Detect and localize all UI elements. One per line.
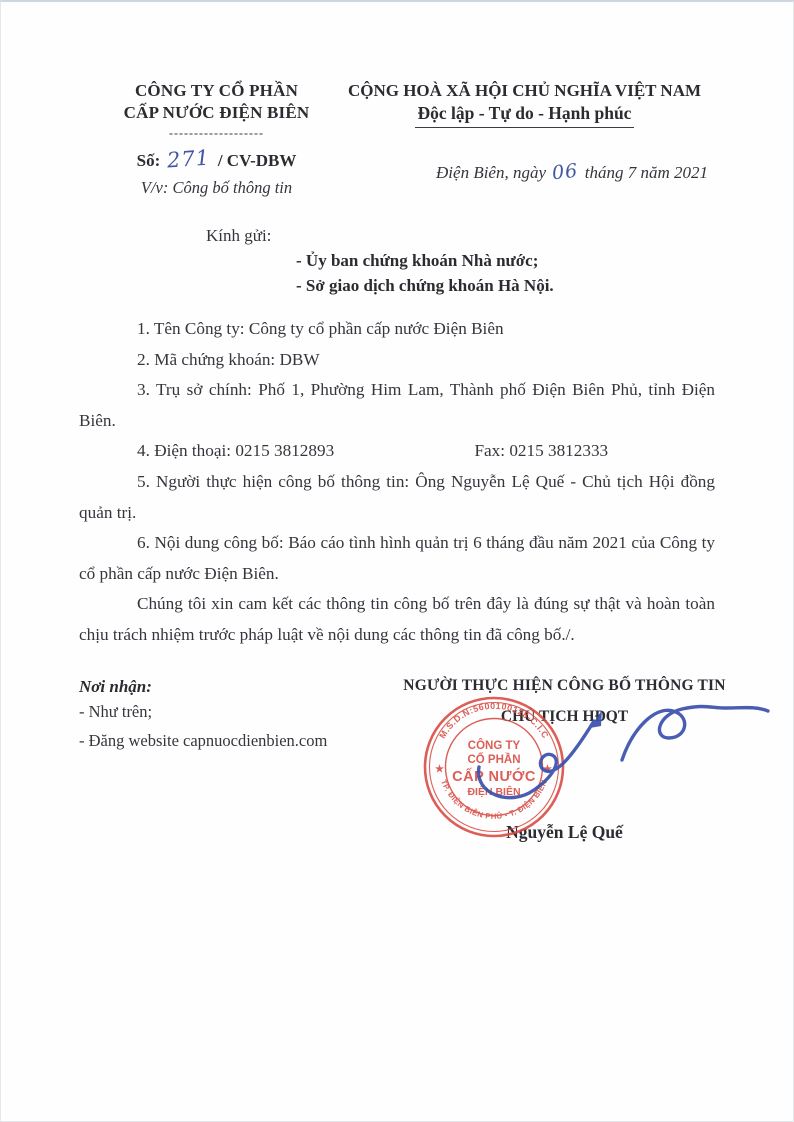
issuer-name-line1: CÔNG TY CỔ PHẦN bbox=[99, 80, 334, 102]
issuer-block: CÔNG TY CỔ PHẦN CẤP NƯỚC ĐIỆN BIÊN -----… bbox=[99, 80, 334, 198]
date-suffix: tháng 7 năm 2021 bbox=[585, 163, 708, 182]
body-item-phone-fax: 4. Điện thoại: 0215 3812893 Fax: 0215 38… bbox=[79, 436, 715, 467]
national-motto-line2: Độc lập - Tự do - Hạnh phúc bbox=[334, 103, 715, 128]
commitment-paragraph: Chúng tôi xin cam kết các thông tin công… bbox=[79, 589, 715, 650]
document-number-suffix: / CV-DBW bbox=[218, 151, 297, 170]
issuer-divider: ------------------- bbox=[99, 128, 334, 138]
salutation-block: Kính gửi: - Ủy ban chứng khoán Nhà nước;… bbox=[79, 226, 715, 298]
scanned-letter-page: CÔNG TY CỔ PHẦN CẤP NƯỚC ĐIỆN BIÊN -----… bbox=[0, 0, 794, 1122]
letter-header: CÔNG TY CỔ PHẦN CẤP NƯỚC ĐIỆN BIÊN -----… bbox=[79, 80, 715, 198]
signature-flourish-stroke bbox=[622, 706, 768, 760]
phone-value: 4. Điện thoại: 0215 3812893 bbox=[137, 441, 334, 460]
body-item-ticker: 2. Mã chứng khoán: DBW bbox=[79, 345, 715, 376]
signature-loop-stroke bbox=[479, 721, 594, 798]
body-item-address: 3. Trụ sở chính: Phố 1, Phường Him Lam, … bbox=[79, 375, 715, 436]
date-line: Điện Biên, ngày 06 tháng 7 năm 2021 bbox=[429, 161, 715, 183]
issuer-name-line2: CẤP NƯỚC ĐIỆN BIÊN bbox=[99, 102, 334, 124]
letter-body: 1. Tên Công ty: Công ty cổ phần cấp nước… bbox=[79, 314, 715, 651]
document-number-handwritten: 271 bbox=[164, 149, 214, 169]
recipient-item: - Sở giao dịch chứng khoán Hà Nội. bbox=[296, 273, 715, 298]
date-prefix: Điện Biên, ngày bbox=[436, 163, 546, 182]
recipient-list: - Ủy ban chứng khoán Nhà nước; - Sở giao… bbox=[296, 248, 715, 298]
body-item-discloser: 5. Người thực hiện công bố thông tin: Ôn… bbox=[79, 467, 715, 528]
national-motto-text: Độc lập - Tự do - Hạnh phúc bbox=[415, 103, 635, 128]
fax-value: Fax: 0215 3812333 bbox=[416, 436, 608, 467]
national-motto-line1: CỘNG HOÀ XÃ HỘI CHỦ NGHĨA VIỆT NAM bbox=[334, 80, 715, 102]
handwritten-signature bbox=[444, 672, 774, 822]
salutation-label: Kính gửi: bbox=[206, 226, 715, 246]
document-number-label: Số: bbox=[137, 151, 161, 170]
date-day-handwritten: 06 bbox=[549, 159, 581, 184]
body-item-company-name: 1. Tên Công ty: Công ty cổ phần cấp nước… bbox=[79, 314, 715, 345]
document-number-line: Số: 271 / CV-DBW bbox=[99, 151, 334, 171]
subject-line: V/v: Công bố thông tin bbox=[99, 178, 334, 198]
national-header-block: CỘNG HOÀ XÃ HỘI CHỦ NGHĨA VIỆT NAM Độc l… bbox=[334, 80, 715, 183]
body-item-disclosure-content: 6. Nội dung công bố: Báo cáo tình hình q… bbox=[79, 528, 715, 589]
recipient-item: - Ủy ban chứng khoán Nhà nước; bbox=[296, 248, 715, 273]
stamp-star-left-icon: ★ bbox=[435, 764, 444, 775]
